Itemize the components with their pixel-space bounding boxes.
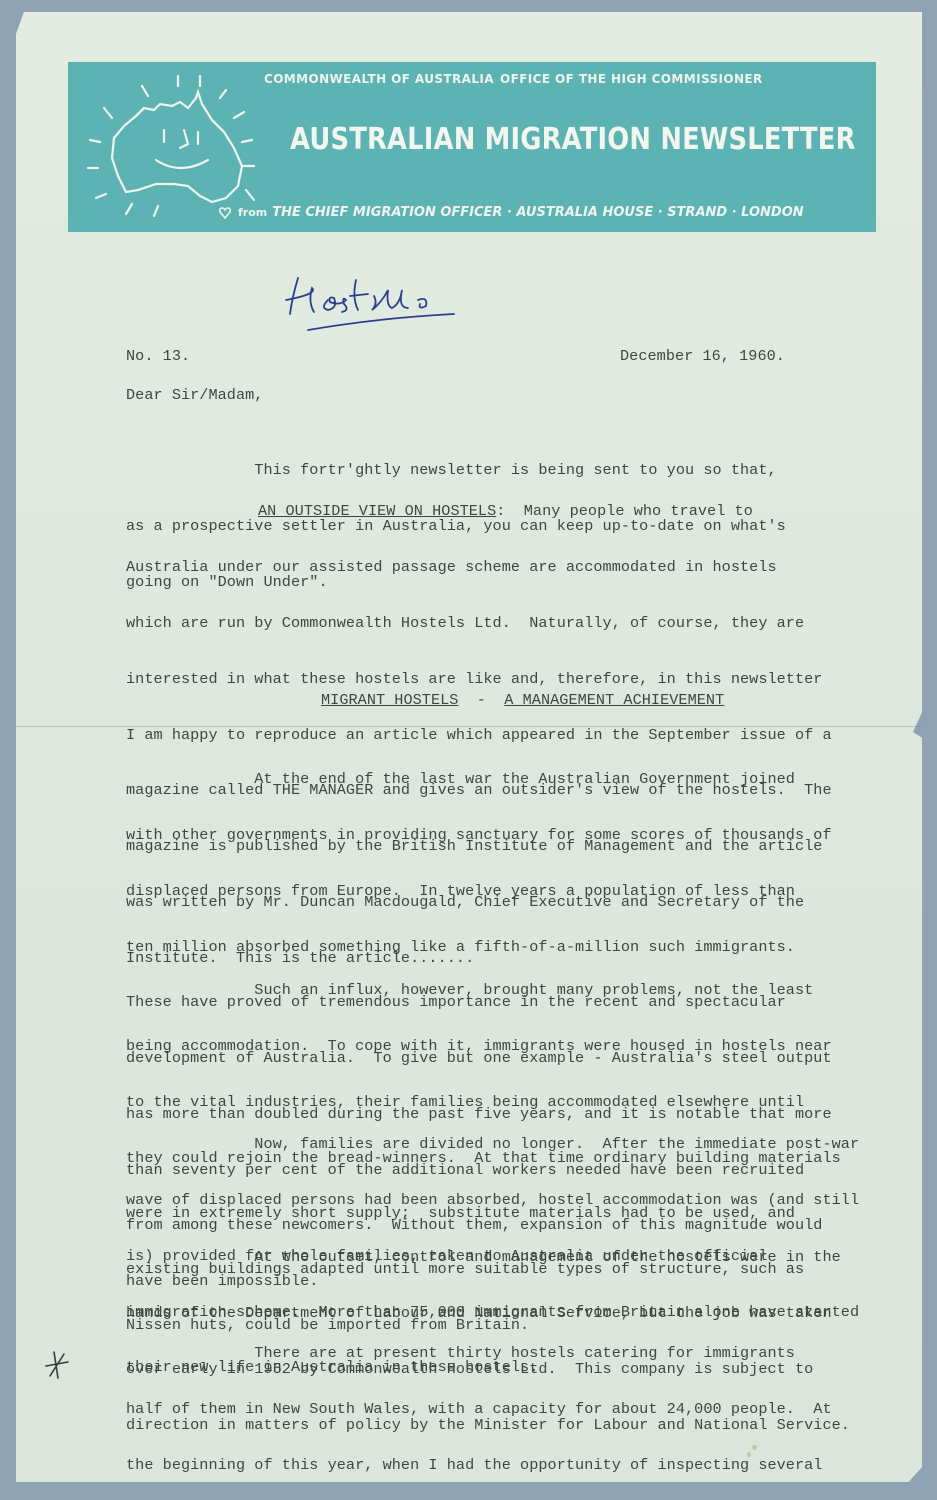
masthead-address: THE CHIEF MIGRATION OFFICER · AUSTRALIA … bbox=[272, 205, 803, 220]
article-line: There are at present thirty hostels cate… bbox=[126, 1344, 832, 1363]
article-line: At the outset, control and management of… bbox=[126, 1248, 850, 1267]
paper-stain bbox=[752, 1445, 757, 1450]
article-line: Now, families are divided no longer. Aft… bbox=[126, 1135, 859, 1154]
section-heading-line: AN OUTSIDE VIEW ON HOSTELS: Many people … bbox=[258, 502, 753, 521]
section-line: interested in what these hostels are lik… bbox=[126, 670, 832, 689]
article-title-part-a: MIGRANT HOSTELS bbox=[321, 691, 458, 709]
article-line: wave of displaced persons had been absor… bbox=[126, 1191, 859, 1210]
article-line: being accommodation. To cope with it, im… bbox=[126, 1037, 841, 1056]
newsletter-masthead: COMMONWEALTH OF AUSTRALIA OFFICE OF THE … bbox=[68, 62, 876, 232]
heart-icon bbox=[218, 206, 232, 220]
section-line: Australia under our assisted passage sch… bbox=[126, 558, 832, 577]
article-title-part-b: A MANAGEMENT ACHIEVEMENT bbox=[504, 691, 724, 709]
svg-text:Hostels: Hostels bbox=[278, 268, 283, 269]
article-line: Such an influx, however, brought many pr… bbox=[126, 981, 841, 1000]
paper-stain bbox=[747, 1452, 751, 1457]
article-line: half of them in New South Wales, with a … bbox=[126, 1400, 832, 1419]
newsletter-number: No. 13. bbox=[126, 347, 190, 366]
intro-line: This fortr'ghtly newsletter is being sen… bbox=[126, 461, 786, 480]
salutation: Dear Sir/Madam, bbox=[126, 386, 263, 405]
masthead-title: AUSTRALIAN MIGRATION NEWSLETTER bbox=[290, 122, 856, 157]
article-title: MIGRANT HOSTELS - A MANAGEMENT ACHIEVEME… bbox=[321, 691, 724, 710]
article-line: the beginning of this year, when I had t… bbox=[126, 1456, 832, 1475]
section-heading: AN OUTSIDE VIEW ON HOSTELS bbox=[258, 502, 496, 520]
article-line: At the end of the last war the Australia… bbox=[126, 770, 832, 789]
from-word: from bbox=[238, 206, 267, 219]
masthead-from-line: fromTHE CHIEF MIGRATION OFFICER · AUSTRA… bbox=[238, 205, 804, 220]
article-title-separator: - bbox=[458, 691, 504, 709]
smiling-australia-sun-icon bbox=[76, 68, 276, 228]
asterisk-mark-icon bbox=[44, 1348, 70, 1382]
section-line: which are run by Commonwealth Hostels Lt… bbox=[126, 614, 832, 633]
section-heading-rest: : Many people who travel to bbox=[496, 502, 753, 520]
masthead-office: OFFICE OF THE HIGH COMMISSIONER bbox=[500, 72, 763, 86]
article-line: displaced persons from Europe. In twelve… bbox=[126, 882, 832, 901]
article-line: with other governments in providing sanc… bbox=[126, 826, 832, 845]
handwritten-hostels-annotation: Hostels bbox=[278, 268, 468, 338]
newsletter-date: December 16, 1960. bbox=[620, 347, 785, 366]
article-paragraph-5: There are at present thirty hostels cate… bbox=[126, 1307, 832, 1493]
masthead-commonwealth: COMMONWEALTH OF AUSTRALIA bbox=[264, 72, 494, 86]
